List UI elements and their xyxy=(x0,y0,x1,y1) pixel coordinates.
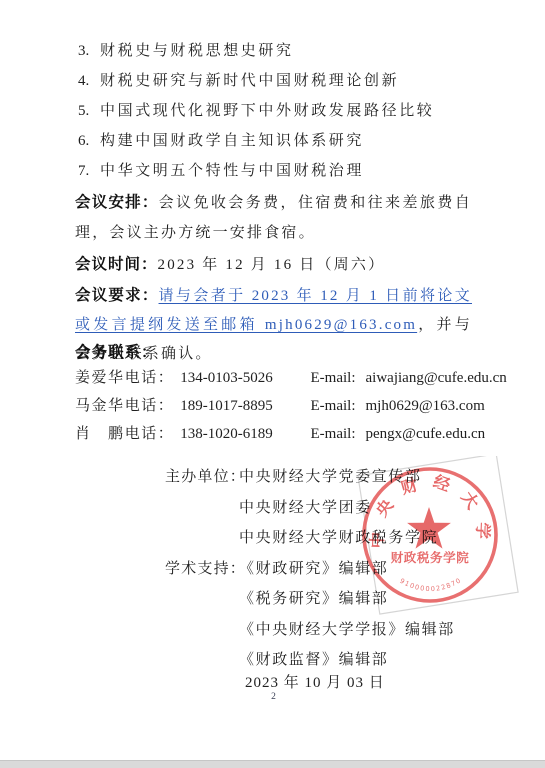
time-text: 2023 年 12 月 16 日（周六） xyxy=(158,257,386,273)
list-item-text: 构建中国财政学自主知识体系研究 xyxy=(100,133,364,149)
email-address: pengx@cufe.edu.cn xyxy=(366,426,486,442)
organizer-row: 《中央财经大学学报》编辑部 xyxy=(165,615,495,646)
phone-number: 189-1017-8895 xyxy=(180,398,273,414)
list-item: 5.中国式现代化视野下中外财政发展路径比较 xyxy=(78,96,485,126)
topic-list: 3.财税史与财税思想史研究 4.财税史研究与新时代中国财税理论创新 5.中国式现… xyxy=(78,36,485,186)
arrangement-paragraph: 会议安排：会议免收会务费，住宿费和往来差旅费自理，会议主办方统一安排食宿。 xyxy=(75,188,472,248)
contact-label: 会务联系： xyxy=(75,344,158,361)
email-label: E-mail: xyxy=(311,370,356,386)
viewer-bottom-edge xyxy=(0,760,545,768)
list-item-text: 中华文明五个特性与中国财税治理 xyxy=(100,163,364,179)
list-item: 7.中华文明五个特性与中国财税治理 xyxy=(78,156,485,186)
email-address: mjh0629@163.com xyxy=(366,398,485,414)
contact-row: 马金华 电话：189-1017-8895 E-mail:mjh0629@163.… xyxy=(75,392,495,420)
email-address: aiwajiang@cufe.edu.cn xyxy=(366,370,507,386)
list-item: 4.财税史研究与新时代中国财税理论创新 xyxy=(78,66,485,96)
list-item: 6.构建中国财政学自主知识体系研究 xyxy=(78,126,485,156)
phone-number: 138-1020-6189 xyxy=(180,426,273,442)
arrangement-label: 会议安排： xyxy=(75,194,159,211)
seal-stamp: 中央财经大学 财政税务学院 9100000228708 xyxy=(330,456,530,616)
time-line: 会议时间：2023 年 12 月 16 日（周六） xyxy=(75,250,472,281)
support-value: 《中央财经大学学报》编辑部 xyxy=(239,622,455,638)
phone-label: 电话： xyxy=(125,398,175,414)
page-number: 2 xyxy=(75,692,472,702)
phone-number: 134-0103-5026 xyxy=(180,370,273,386)
host-label: 主办单位： xyxy=(165,462,239,493)
support-label: 学术支持： xyxy=(165,554,239,585)
list-item-number: 3. xyxy=(78,36,100,66)
requirement-label: 会议要求： xyxy=(75,287,159,304)
seal-name-text: 财政税务学院 xyxy=(391,550,470,565)
contact-name: 姜爱华 xyxy=(75,364,121,392)
email-label: E-mail: xyxy=(311,398,356,414)
phone-label: 电话： xyxy=(125,426,175,442)
list-item-text: 中国式现代化视野下中外财政发展路径比较 xyxy=(100,103,434,119)
list-item-text: 财税史与财税思想史研究 xyxy=(100,43,294,59)
list-item-number: 5. xyxy=(78,96,100,126)
list-item-number: 7. xyxy=(78,156,100,186)
contact-name: 肖 鹏 xyxy=(75,420,121,448)
list-item: 3.财税史与财税思想史研究 xyxy=(78,36,485,66)
contact-list: 姜爱华 电话：134-0103-5026 E-mail:aiwajiang@cu… xyxy=(75,364,495,448)
star-icon xyxy=(407,507,451,549)
contact-name: 马金华 xyxy=(75,392,121,420)
list-item-text: 财税史研究与新时代中国财税理论创新 xyxy=(100,73,399,89)
list-item-number: 6. xyxy=(78,126,100,156)
time-label: 会议时间： xyxy=(75,256,158,273)
contact-row: 姜爱华 电话：134-0103-5026 E-mail:aiwajiang@cu… xyxy=(75,364,495,392)
phone-label: 电话： xyxy=(125,370,175,386)
contact-row: 肖 鹏 电话：138-1020-6189 E-mail:pengx@cufe.e… xyxy=(75,420,495,448)
support-value: 《财政监督》编辑部 xyxy=(239,652,388,668)
email-label: E-mail: xyxy=(311,426,356,442)
list-item-number: 4. xyxy=(78,66,100,96)
